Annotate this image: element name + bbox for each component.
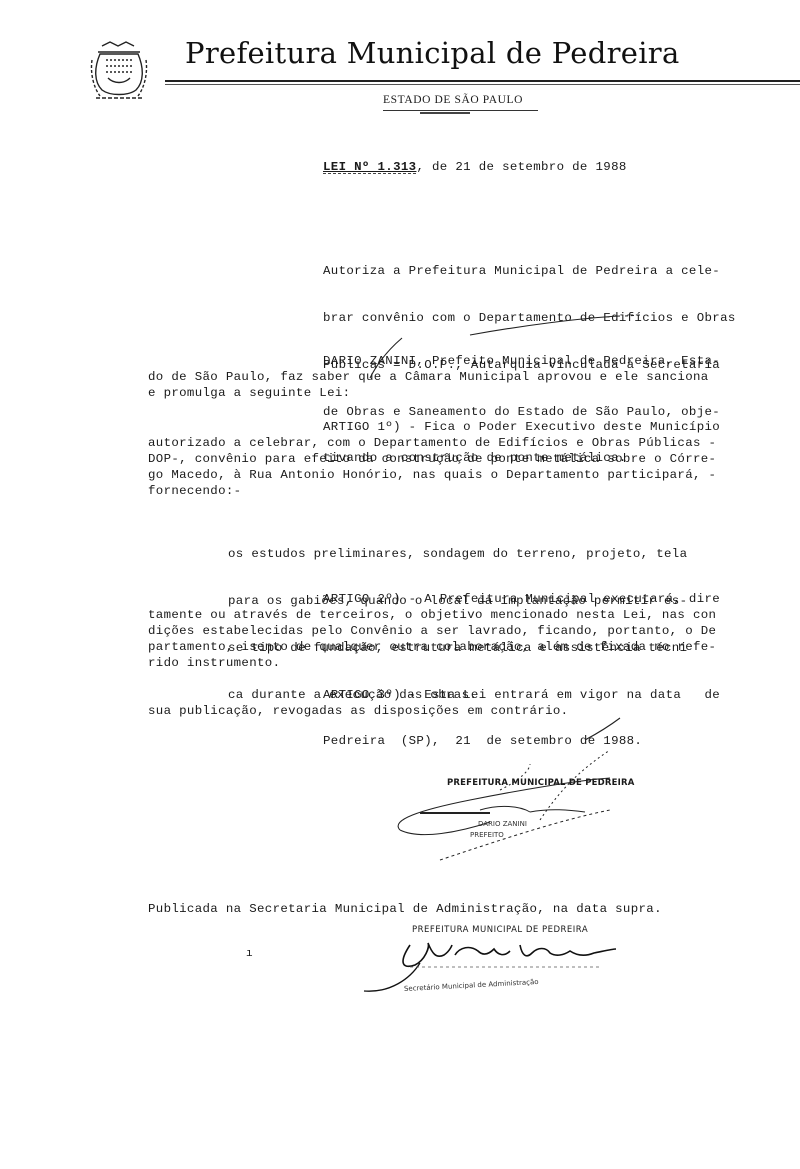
stray-mark: ı: [246, 948, 253, 960]
publication-note: Publicada na Secretaria Municipal de Adm…: [148, 902, 662, 918]
mayor-name-stamp: DARIO ZANINI: [478, 820, 527, 828]
mayor-stamp: PREFEITURA MUNICIPAL DE PEDREIRA: [447, 778, 635, 788]
secretary-signature: [360, 935, 640, 1005]
secretary-stamp: PREFEITURA MUNICIPAL DE PEDREIRA: [412, 925, 588, 935]
mayor-role-stamp: PREFEITO: [470, 831, 504, 839]
mayor-signature: [380, 750, 660, 870]
